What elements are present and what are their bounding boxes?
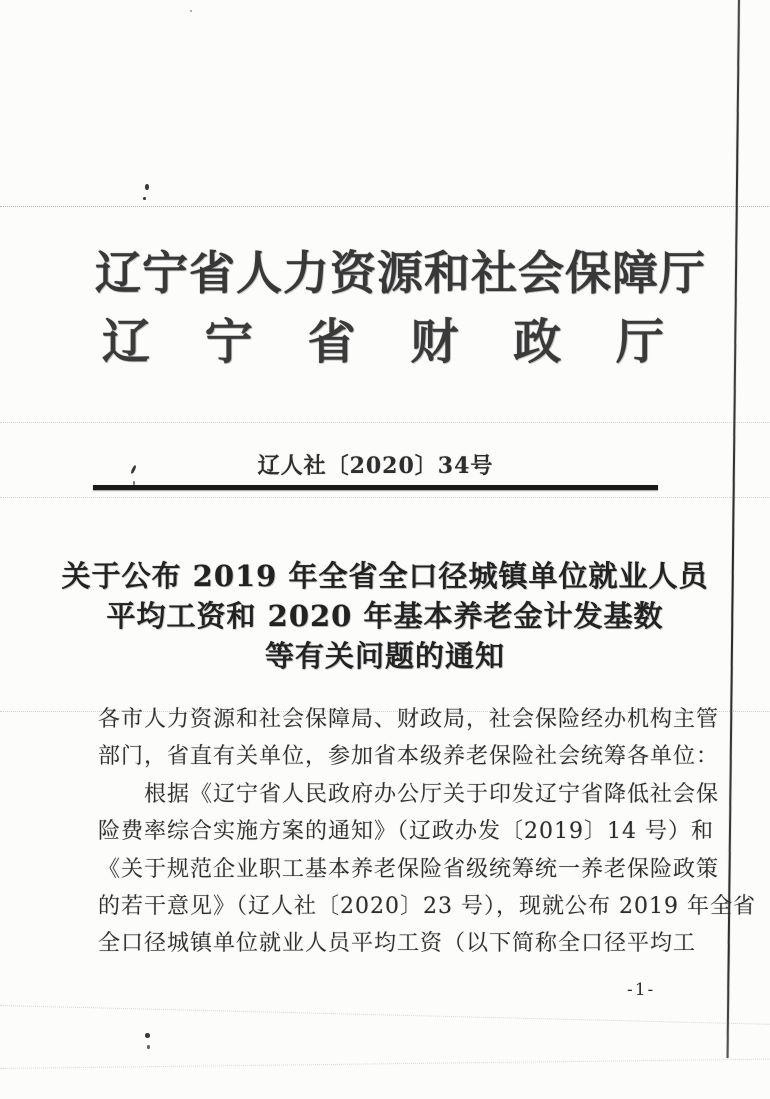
scan-fold-line [0,711,770,712]
letterhead-org-line1: 辽宁省人力资源和社会保障厅 [95,237,703,303]
scan-fold-line [0,1005,770,1025]
page-number: -1- [627,980,655,1000]
ink-speck [147,1045,150,1049]
letterhead-char: 辽 [102,303,150,372]
ink-speck [145,1033,150,1038]
title-line-2: 平均工资和 2020 年基本养老金计发基数 [0,596,770,636]
body-line-6: 的若干意见》（辽人社〔2020〕23 号），现就公布 2019 年全省 [98,888,700,925]
document-reference-number: 辽人社〔2020〕34号 [93,449,658,480]
letterhead-org-line2: 辽 宁 省 财 政 厅 [102,303,664,372]
letterhead-char: 省 [308,303,356,372]
letterhead-char: 宁 [205,303,253,372]
body-line-2: 部门，省直有关单位，参加省本级养老保险社会统筹各单位： [98,738,700,775]
ink-speck [133,481,135,485]
ink-speck [145,184,149,190]
letterhead-char: 厅 [616,303,664,372]
ink-speck [143,197,146,200]
title-line-3: 等有关问题的通知 [0,636,770,676]
body-line-3: 根据《辽宁省人民政府办公厅关于印发辽宁省降低社会保 [98,776,700,813]
document-title: 关于公布 2019 年全省全口径城镇单位就业人员 平均工资和 2020 年基本养… [0,556,770,676]
scan-fold-line [0,206,770,207]
document-body: 各市人力资源和社会保障局、财政局，社会保险经办机构主管 部门，省直有关单位，参加… [98,701,700,963]
body-line-1: 各市人力资源和社会保障局、财政局，社会保险经办机构主管 [98,701,700,738]
scan-fold-line [0,422,770,423]
scan-fold-line [0,1059,770,1069]
scan-fold-line [0,497,770,498]
body-line-5: 《关于规范企业职工基本养老保险省级统筹统一养老保险政策 [98,851,700,888]
scanned-document-page: 辽宁省人力资源和社会保障厅 辽 宁 省 财 政 厅 辽人社〔2020〕34号 关… [0,0,770,1099]
ink-speck [190,10,192,12]
letterhead-rule [93,485,658,490]
body-line-4: 险费率综合实施方案的通知》（辽政办发〔2019〕14 号）和 [98,813,700,850]
letterhead-char: 财 [410,303,458,372]
body-line-7: 全口径城镇单位就业人员平均工资（以下简称全口径平均工 [98,925,700,962]
letterhead-char: 政 [513,303,561,372]
title-line-1: 关于公布 2019 年全省全口径城镇单位就业人员 [0,556,770,596]
